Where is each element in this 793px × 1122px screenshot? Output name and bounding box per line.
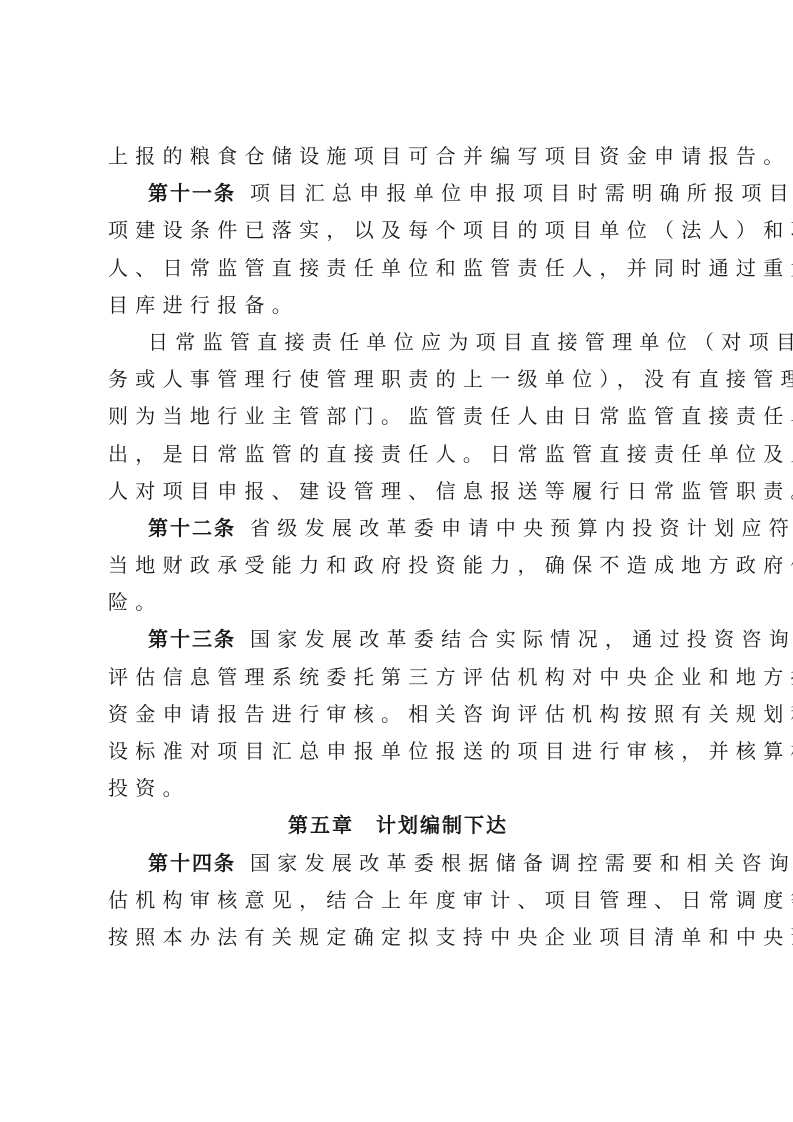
document-page: 上报的粮食仓储设施项目可合并编写项目资金申请报告。 第十一条项目汇总申报单位申报… xyxy=(108,138,688,956)
body-line: 人、日常监管直接责任单位和监管责任人，并同时通过重大建设项 xyxy=(108,250,688,287)
body-line: 当地财政承受能力和政府投资能力，确保不造成地方政府债务风 xyxy=(108,547,688,584)
body-line: 则为当地行业主管部门。监管责任人由日常监管直接责任单位派 xyxy=(108,398,688,435)
body-line: 险。 xyxy=(108,584,688,621)
body-line: 评估信息管理系统委托第三方评估机构对中央企业和地方报送的 xyxy=(108,659,688,696)
article-11-line: 第十一条项目汇总申报单位申报项目时需明确所报项目各 xyxy=(108,175,688,212)
body-line: 人对项目申报、建设管理、信息报送等履行日常监管职责。 xyxy=(108,473,688,510)
paragraph-line: 日常监管直接责任单位应为项目直接管理单位（对项目单位财 xyxy=(108,324,688,361)
body-line: 按照本办法有关规定确定拟支持中央企业项目清单和中央预算内 xyxy=(108,919,688,956)
body-line: 投资。 xyxy=(108,770,688,807)
article-label: 第十三条 xyxy=(148,627,236,651)
article-text: 国家发展改革委根据储备调控需要和相关咨询评 xyxy=(250,851,793,875)
body-line: 目库进行报备。 xyxy=(108,287,688,324)
body-line: 估机构审核意见，结合上年度审计、项目管理、日常调度等情况， xyxy=(108,882,688,919)
article-text: 项目汇总申报单位申报项目时需明确所报项目各 xyxy=(250,181,793,205)
article-text: 省级发展改革委申请中央预算内投资计划应符合 xyxy=(250,516,793,540)
article-12-line: 第十二条省级发展改革委申请中央预算内投资计划应符合 xyxy=(108,510,688,547)
article-13-line: 第十三条国家发展改革委结合实际情况，通过投资咨询委托 xyxy=(108,621,688,658)
body-line: 资金申请报告进行审核。相关咨询评估机构按照有关规划和项目建 xyxy=(108,696,688,733)
article-text: 国家发展改革委结合实际情况，通过投资咨询委托 xyxy=(250,627,793,651)
body-line: 上报的粮食仓储设施项目可合并编写项目资金申请报告。 xyxy=(108,138,688,175)
body-line: 设标准对项目汇总申报单位报送的项目进行审核，并核算相关设施 xyxy=(108,733,688,770)
body-line: 务或人事管理行使管理职责的上一级单位），没有直接管理单位的， xyxy=(108,361,688,398)
article-label: 第十二条 xyxy=(148,516,236,540)
article-label: 第十一条 xyxy=(148,181,236,205)
chapter-heading: 第五章计划编制下达 xyxy=(108,807,688,844)
chapter-number: 第五章 xyxy=(288,813,354,837)
body-line: 出，是日常监管的直接责任人。日常监管直接责任单位及监管责任 xyxy=(108,436,688,473)
chapter-title: 计划编制下达 xyxy=(376,813,508,837)
article-14-line: 第十四条国家发展改革委根据储备调控需要和相关咨询评 xyxy=(108,845,688,882)
article-label: 第十四条 xyxy=(148,851,236,875)
body-line: 项建设条件已落实，以及每个项目的项目单位（法人）和项目责任 xyxy=(108,212,688,249)
